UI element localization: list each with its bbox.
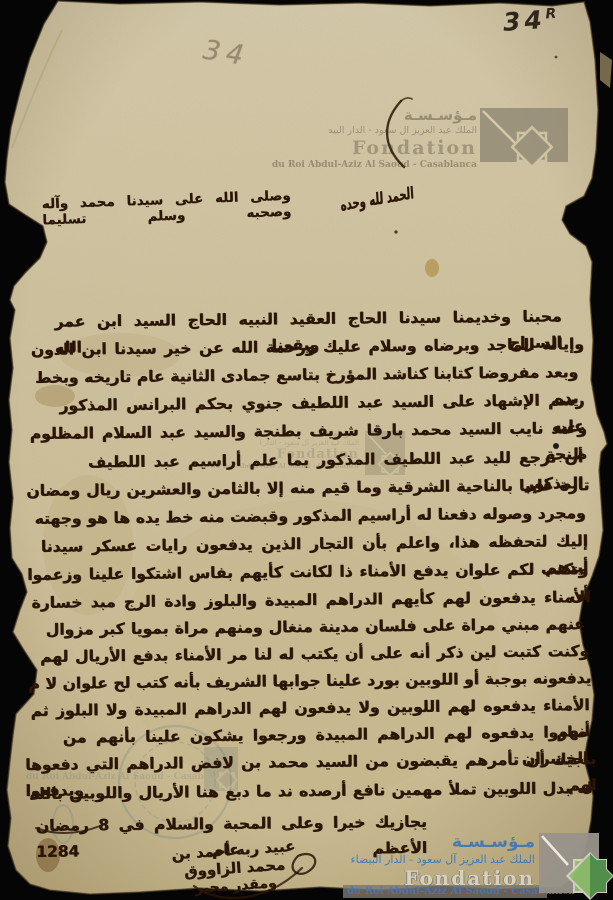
foundation-name-arabic: مـؤسـسـة (289, 832, 535, 852)
ink-flourishes (0, 0, 613, 900)
foundation-watermark-bottom: مـؤسـسـة الملك عبد العزيز آل سعود - الدا… (285, 828, 613, 900)
ink-paren-mark (387, 101, 404, 167)
ink-layer: 34R 34 الحمد لله وحده وصلى الله على سيدن… (0, 0, 613, 900)
foundation-french-bar: du Roi Abdul-Aziz Al Saoud - Casablanca (343, 885, 547, 898)
foundation-org-french: du Roi Abdul-Aziz Al Saoud - Casablanca (347, 886, 543, 897)
date-underline (36, 826, 100, 833)
scanned-manuscript-page: 34R 34 الحمد لله وحده وصلى الله على سيدن… (0, 0, 613, 900)
foundation-org-arabic: الملك عبد العزيز آل سعود - الدار البيضاء (289, 853, 535, 866)
foundation-logo-icon (538, 832, 613, 900)
